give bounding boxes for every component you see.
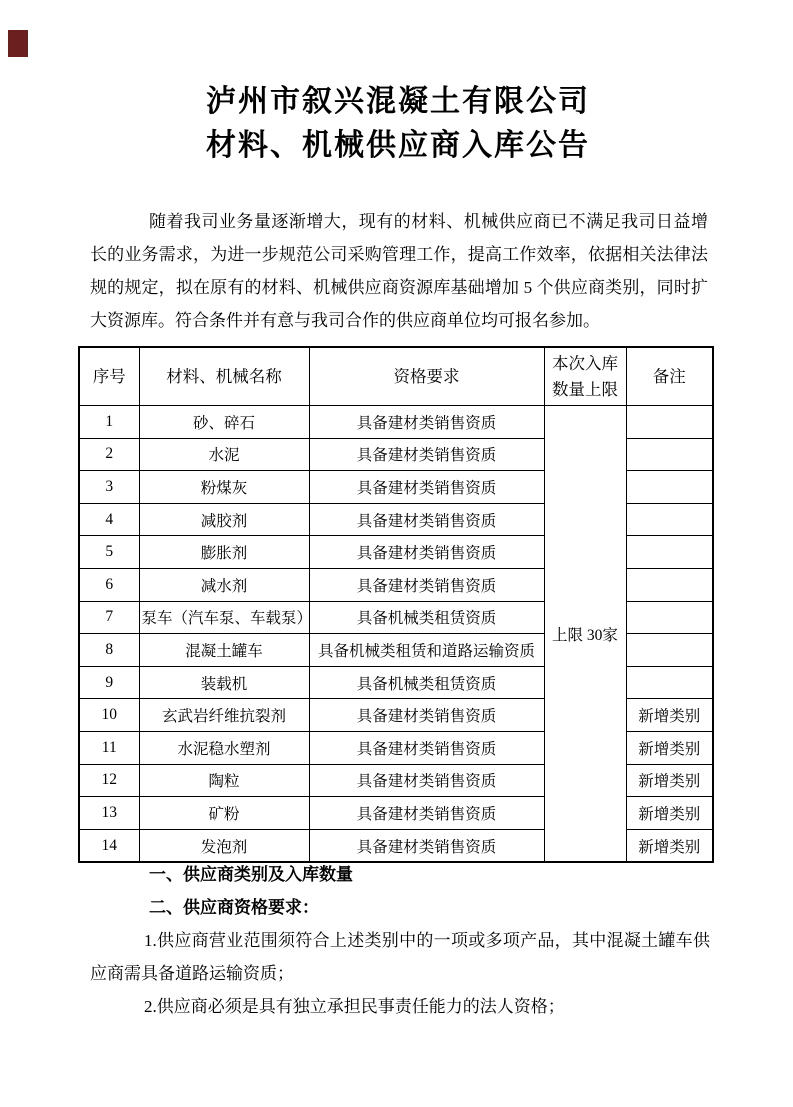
cell-material-name: 减水剂 [139,568,309,601]
cell-remarks [626,438,713,471]
cell-qualification: 具备机械类租赁资质 [309,666,544,699]
header-serial-number: 序号 [79,347,139,406]
cell-remarks [626,666,713,699]
cell-material-name: 水泥 [139,438,309,471]
cell-serial-number: 10 [79,699,139,732]
document-title-line2: 材料、机械供应商入库公告 [88,124,708,168]
cell-remarks [626,471,713,504]
cell-serial-number: 2 [79,438,139,471]
cell-material-name: 陶粒 [139,764,309,797]
cell-qualification: 具备机械类租赁资质 [309,601,544,634]
cell-material-name: 粉煤灰 [139,471,309,504]
cell-qualification: 具备建材类销售资质 [309,764,544,797]
cell-serial-number: 13 [79,797,139,830]
bottom-sections: 一、供应商类别及入库数量 二、供应商资格要求： 1.供应商营业范围须符合上述类别… [90,858,710,1023]
cell-material-name: 装载机 [139,666,309,699]
cell-serial-number: 6 [79,568,139,601]
cell-remarks: 新增类别 [626,764,713,797]
supplier-table-body: 1 砂、碎石 具备建材类销售资质 上限 30家 2 水泥 具备建材类销售资质 3… [79,406,713,863]
requirement-item-2: 2.供应商必须是具有独立承担民事责任能力的法人资格； [90,990,710,1023]
section-heading-1: 一、供应商类别及入库数量 [90,858,710,891]
section-heading-2: 二、供应商资格要求： [90,891,710,924]
cell-material-name: 矿粉 [139,797,309,830]
cell-serial-number: 11 [79,731,139,764]
header-material-name: 材料、机械名称 [139,347,309,406]
cell-qualification: 具备建材类销售资质 [309,731,544,764]
cell-remarks [626,601,713,634]
cell-qualification: 具备建材类销售资质 [309,536,544,569]
cell-remarks: 新增类别 [626,699,713,732]
cell-serial-number: 8 [79,634,139,667]
table-row: 1 砂、碎石 具备建材类销售资质 上限 30家 [79,406,713,439]
cell-remarks [626,406,713,439]
supplier-table: 序号 材料、机械名称 资格要求 本次入库 数量上限 备注 1 砂、碎石 具备建材… [78,346,714,863]
intro-paragraph: 随着我司业务量逐渐增大，现有的材料、机械供应商已不满足我司日益增长的业务需求，为… [90,205,708,337]
table-header-row: 序号 材料、机械名称 资格要求 本次入库 数量上限 备注 [79,347,713,406]
cell-qualification: 具备建材类销售资质 [309,438,544,471]
cell-remarks [626,503,713,536]
header-remarks: 备注 [626,347,713,406]
cell-qualification: 具备建材类销售资质 [309,699,544,732]
cell-material-name: 水泥稳水塑剂 [139,731,309,764]
cell-remarks [626,568,713,601]
cell-material-name: 玄武岩纤维抗裂剂 [139,699,309,732]
document-title-line1: 泸州市叙兴混凝土有限公司 [88,80,708,124]
cell-material-name: 减胶剂 [139,503,309,536]
cell-material-name: 膨胀剂 [139,536,309,569]
cell-serial-number: 1 [79,406,139,439]
cell-qualification: 具备机械类租赁和道路运输资质 [309,634,544,667]
cell-material-name: 泵车（汽车泵、车载泵） [139,601,309,634]
cell-qualification: 具备建材类销售资质 [309,568,544,601]
cell-serial-number: 5 [79,536,139,569]
cell-remarks: 新增类别 [626,797,713,830]
header-qualification: 资格要求 [309,347,544,406]
cell-qualification: 具备建材类销售资质 [309,406,544,439]
cell-serial-number: 9 [79,666,139,699]
cell-intake-limit-merged: 上限 30家 [544,406,626,863]
document-page: 泸州市叙兴混凝土有限公司 材料、机械供应商入库公告 随着我司业务量逐渐增大，现有… [0,0,793,1107]
cell-qualification: 具备建材类销售资质 [309,503,544,536]
cell-serial-number: 12 [79,764,139,797]
header-intake-limit-line2: 数量上限 [547,377,624,403]
requirement-item-1: 1.供应商营业范围须符合上述类别中的一项或多项产品，其中混凝土罐车供应商需具备道… [90,924,710,990]
cell-serial-number: 7 [79,601,139,634]
cell-material-name: 砂、碎石 [139,406,309,439]
cell-qualification: 具备建材类销售资质 [309,797,544,830]
cell-material-name: 混凝土罐车 [139,634,309,667]
corner-mark [8,30,28,57]
cell-qualification: 具备建材类销售资质 [309,471,544,504]
header-intake-limit-line1: 本次入库 [547,351,624,377]
cell-remarks [626,536,713,569]
cell-serial-number: 3 [79,471,139,504]
cell-remarks: 新增类别 [626,731,713,764]
cell-remarks [626,634,713,667]
cell-serial-number: 4 [79,503,139,536]
header-intake-limit: 本次入库 数量上限 [544,347,626,406]
document-title: 泸州市叙兴混凝土有限公司 材料、机械供应商入库公告 [88,80,708,168]
